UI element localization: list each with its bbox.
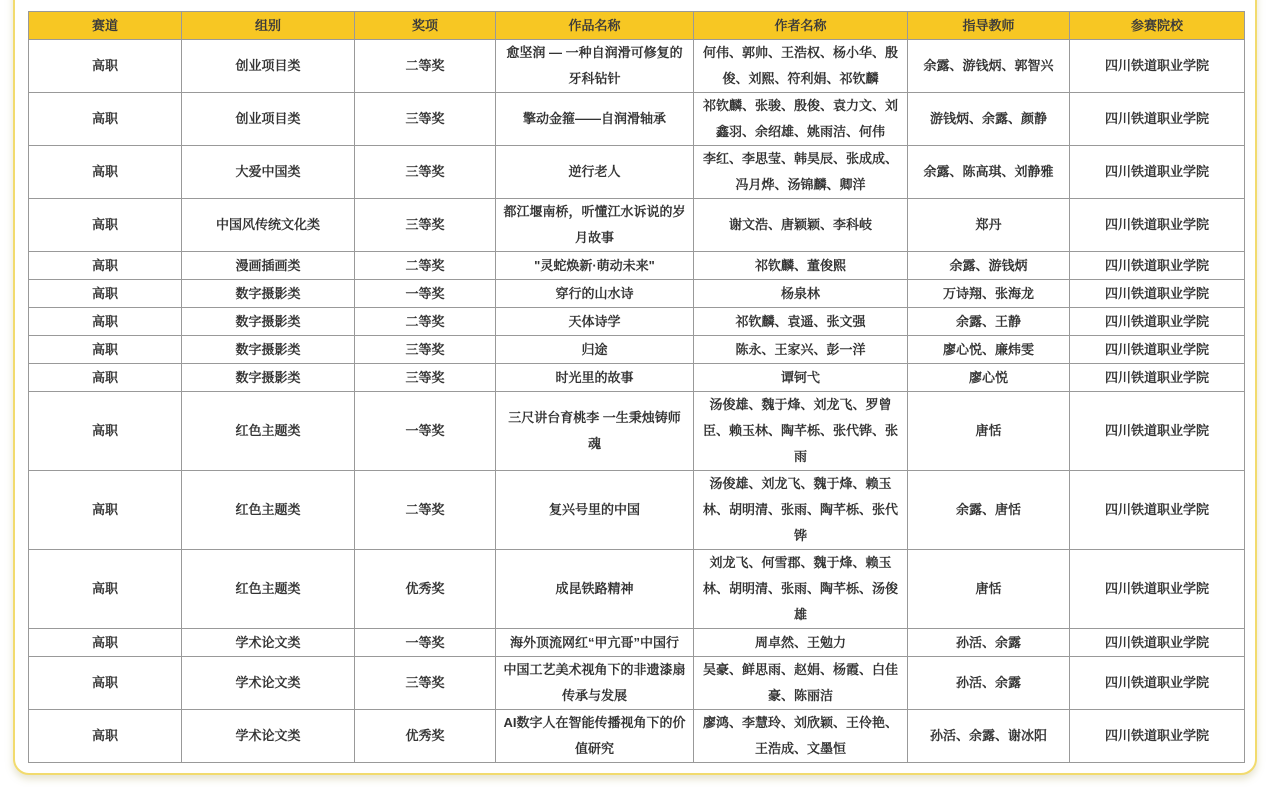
header-cell-school: 参赛院校 bbox=[1070, 12, 1245, 40]
cell-award: 三等奖 bbox=[355, 93, 496, 146]
cell-track: 高职 bbox=[29, 550, 182, 629]
cell-work: 愈坚润 — 一种自润滑可修复的牙科钻针 bbox=[496, 40, 694, 93]
cell-teachers: 余露、唐恬 bbox=[908, 471, 1070, 550]
table-row: 高职数字摄影类一等奖穿行的山水诗杨泉林万诗翔、张海龙四川铁道职业学院 bbox=[29, 280, 1245, 308]
cell-teachers: 万诗翔、张海龙 bbox=[908, 280, 1070, 308]
cell-work: 时光里的故事 bbox=[496, 364, 694, 392]
cell-group: 大爱中国类 bbox=[182, 146, 355, 199]
cell-school: 四川铁道职业学院 bbox=[1070, 280, 1245, 308]
cell-teachers: 孙活、余露 bbox=[908, 657, 1070, 710]
cell-track: 高职 bbox=[29, 252, 182, 280]
cell-school: 四川铁道职业学院 bbox=[1070, 550, 1245, 629]
cell-work: "灵蛇焕新·萌动未来" bbox=[496, 252, 694, 280]
table-row: 高职红色主题类一等奖三尺讲台育桃李 一生秉烛铸师魂汤俊雄、魏于烽、刘龙飞、罗曾臣… bbox=[29, 392, 1245, 471]
cell-authors: 祁钦麟、董俊熙 bbox=[694, 252, 908, 280]
cell-track: 高职 bbox=[29, 392, 182, 471]
cell-work: 中国工艺美术视角下的非遗漆扇传承与发展 bbox=[496, 657, 694, 710]
cell-award: 三等奖 bbox=[355, 364, 496, 392]
cell-award: 三等奖 bbox=[355, 336, 496, 364]
cell-authors: 李红、李思莹、韩昊辰、张成成、冯月烨、汤锦麟、卿洋 bbox=[694, 146, 908, 199]
cell-teachers: 孙活、余露 bbox=[908, 629, 1070, 657]
cell-school: 四川铁道职业学院 bbox=[1070, 392, 1245, 471]
cell-award: 一等奖 bbox=[355, 629, 496, 657]
cell-work: 天体诗学 bbox=[496, 308, 694, 336]
table-row: 高职漫画插画类二等奖"灵蛇焕新·萌动未来"祁钦麟、董俊熙余露、游钱炳四川铁道职业… bbox=[29, 252, 1245, 280]
cell-authors: 陈永、王家兴、彭一洋 bbox=[694, 336, 908, 364]
cell-work: 都江堰南桥，听懂江水诉说的岁月故事 bbox=[496, 199, 694, 252]
cell-authors: 汤俊雄、魏于烽、刘龙飞、罗曾臣、赖玉林、陶芊栎、张代铧、张雨 bbox=[694, 392, 908, 471]
cell-teachers: 廖心悦、廉炜雯 bbox=[908, 336, 1070, 364]
cell-work: 成昆铁路精神 bbox=[496, 550, 694, 629]
cell-track: 高职 bbox=[29, 40, 182, 93]
cell-work: 归途 bbox=[496, 336, 694, 364]
table-row: 高职红色主题类二等奖复兴号里的中国汤俊雄、刘龙飞、魏于烽、赖玉林、胡明清、张雨、… bbox=[29, 471, 1245, 550]
cell-track: 高职 bbox=[29, 308, 182, 336]
cell-award: 三等奖 bbox=[355, 146, 496, 199]
cell-authors: 祁钦麟、张骏、殷俊、袁力文、刘鑫羽、余绍雄、姚雨洁、何伟 bbox=[694, 93, 908, 146]
cell-group: 数字摄影类 bbox=[182, 336, 355, 364]
cell-authors: 杨泉林 bbox=[694, 280, 908, 308]
cell-teachers: 余露、王静 bbox=[908, 308, 1070, 336]
table-row: 高职数字摄影类二等奖天体诗学祁钦麟、袁遥、张文强余露、王静四川铁道职业学院 bbox=[29, 308, 1245, 336]
cell-track: 高职 bbox=[29, 629, 182, 657]
cell-group: 数字摄影类 bbox=[182, 364, 355, 392]
content-card: 赛道组别奖项作品名称作者名称指导教师参赛院校 高职创业项目类二等奖愈坚润 — 一… bbox=[13, 0, 1257, 775]
cell-award: 二等奖 bbox=[355, 471, 496, 550]
cell-teachers: 孙活、余露、谢冰阳 bbox=[908, 710, 1070, 763]
cell-work: 复兴号里的中国 bbox=[496, 471, 694, 550]
cell-teachers: 余露、游钱炳、郭智兴 bbox=[908, 40, 1070, 93]
cell-school: 四川铁道职业学院 bbox=[1070, 252, 1245, 280]
table-row: 高职学术论文类优秀奖AI数字人在智能传播视角下的价值研究廖鸿、李慧玲、刘欣颖、王… bbox=[29, 710, 1245, 763]
cell-award: 三等奖 bbox=[355, 657, 496, 710]
cell-group: 学术论文类 bbox=[182, 710, 355, 763]
cell-track: 高职 bbox=[29, 657, 182, 710]
cell-teachers: 郑丹 bbox=[908, 199, 1070, 252]
cell-track: 高职 bbox=[29, 336, 182, 364]
cell-school: 四川铁道职业学院 bbox=[1070, 308, 1245, 336]
cell-school: 四川铁道职业学院 bbox=[1070, 199, 1245, 252]
cell-group: 数字摄影类 bbox=[182, 280, 355, 308]
cell-award: 优秀奖 bbox=[355, 550, 496, 629]
table-row: 高职学术论文类三等奖中国工艺美术视角下的非遗漆扇传承与发展吴豪、鲜思雨、赵娟、杨… bbox=[29, 657, 1245, 710]
cell-work: 穿行的山水诗 bbox=[496, 280, 694, 308]
cell-track: 高职 bbox=[29, 471, 182, 550]
cell-teachers: 游钱炳、余露、颜静 bbox=[908, 93, 1070, 146]
cell-award: 二等奖 bbox=[355, 252, 496, 280]
cell-group: 学术论文类 bbox=[182, 657, 355, 710]
table-row: 高职数字摄影类三等奖归途陈永、王家兴、彭一洋廖心悦、廉炜雯四川铁道职业学院 bbox=[29, 336, 1245, 364]
header-cell-work: 作品名称 bbox=[496, 12, 694, 40]
cell-school: 四川铁道职业学院 bbox=[1070, 93, 1245, 146]
cell-track: 高职 bbox=[29, 710, 182, 763]
cell-work: AI数字人在智能传播视角下的价值研究 bbox=[496, 710, 694, 763]
cell-school: 四川铁道职业学院 bbox=[1070, 336, 1245, 364]
cell-group: 红色主题类 bbox=[182, 392, 355, 471]
header-cell-authors: 作者名称 bbox=[694, 12, 908, 40]
cell-teachers: 唐恬 bbox=[908, 550, 1070, 629]
cell-track: 高职 bbox=[29, 280, 182, 308]
cell-award: 一等奖 bbox=[355, 392, 496, 471]
cell-school: 四川铁道职业学院 bbox=[1070, 629, 1245, 657]
cell-group: 学术论文类 bbox=[182, 629, 355, 657]
cell-authors: 祁钦麟、袁遥、张文强 bbox=[694, 308, 908, 336]
cell-authors: 刘龙飞、何雪郡、魏于烽、赖玉林、胡明清、张雨、陶芊栎、汤俊雄 bbox=[694, 550, 908, 629]
cell-school: 四川铁道职业学院 bbox=[1070, 710, 1245, 763]
table-row: 高职中国风传统文化类三等奖都江堰南桥，听懂江水诉说的岁月故事谢文浩、唐颖颖、李科… bbox=[29, 199, 1245, 252]
table-header-row: 赛道组别奖项作品名称作者名称指导教师参赛院校 bbox=[29, 12, 1245, 40]
cell-authors: 谭钶弋 bbox=[694, 364, 908, 392]
cell-award: 二等奖 bbox=[355, 40, 496, 93]
cell-award: 三等奖 bbox=[355, 199, 496, 252]
cell-track: 高职 bbox=[29, 199, 182, 252]
header-cell-track: 赛道 bbox=[29, 12, 182, 40]
cell-school: 四川铁道职业学院 bbox=[1070, 471, 1245, 550]
cell-authors: 谢文浩、唐颖颖、李科岐 bbox=[694, 199, 908, 252]
cell-authors: 周卓然、王勉力 bbox=[694, 629, 908, 657]
cell-work: 逆行老人 bbox=[496, 146, 694, 199]
cell-group: 数字摄影类 bbox=[182, 308, 355, 336]
cell-school: 四川铁道职业学院 bbox=[1070, 40, 1245, 93]
cell-group: 红色主题类 bbox=[182, 550, 355, 629]
cell-group: 红色主题类 bbox=[182, 471, 355, 550]
cell-authors: 吴豪、鲜思雨、赵娟、杨霞、白佳豪、陈丽洁 bbox=[694, 657, 908, 710]
cell-teachers: 余露、陈高琪、刘静雅 bbox=[908, 146, 1070, 199]
table-row: 高职大爱中国类三等奖逆行老人李红、李思莹、韩昊辰、张成成、冯月烨、汤锦麟、卿洋余… bbox=[29, 146, 1245, 199]
award-table: 赛道组别奖项作品名称作者名称指导教师参赛院校 高职创业项目类二等奖愈坚润 — 一… bbox=[28, 11, 1245, 763]
cell-authors: 汤俊雄、刘龙飞、魏于烽、赖玉林、胡明清、张雨、陶芊栎、张代铧 bbox=[694, 471, 908, 550]
table-row: 高职数字摄影类三等奖时光里的故事谭钶弋廖心悦四川铁道职业学院 bbox=[29, 364, 1245, 392]
cell-group: 漫画插画类 bbox=[182, 252, 355, 280]
header-cell-award: 奖项 bbox=[355, 12, 496, 40]
cell-track: 高职 bbox=[29, 93, 182, 146]
header-cell-teachers: 指导教师 bbox=[908, 12, 1070, 40]
table-row: 高职红色主题类优秀奖成昆铁路精神刘龙飞、何雪郡、魏于烽、赖玉林、胡明清、张雨、陶… bbox=[29, 550, 1245, 629]
cell-work: 海外顶流网红“甲亢哥”中国行 bbox=[496, 629, 694, 657]
cell-track: 高职 bbox=[29, 364, 182, 392]
cell-teachers: 余露、游钱炳 bbox=[908, 252, 1070, 280]
cell-track: 高职 bbox=[29, 146, 182, 199]
cell-award: 优秀奖 bbox=[355, 710, 496, 763]
cell-group: 创业项目类 bbox=[182, 93, 355, 146]
cell-work: 三尺讲台育桃李 一生秉烛铸师魂 bbox=[496, 392, 694, 471]
cell-school: 四川铁道职业学院 bbox=[1070, 364, 1245, 392]
table-row: 高职学术论文类一等奖海外顶流网红“甲亢哥”中国行周卓然、王勉力孙活、余露四川铁道… bbox=[29, 629, 1245, 657]
cell-teachers: 唐恬 bbox=[908, 392, 1070, 471]
cell-work: 擎动金箍——自润滑轴承 bbox=[496, 93, 694, 146]
cell-group: 创业项目类 bbox=[182, 40, 355, 93]
cell-group: 中国风传统文化类 bbox=[182, 199, 355, 252]
cell-award: 一等奖 bbox=[355, 280, 496, 308]
cell-teachers: 廖心悦 bbox=[908, 364, 1070, 392]
table-row: 高职创业项目类二等奖愈坚润 — 一种自润滑可修复的牙科钻针何伟、郭帅、王浩权、杨… bbox=[29, 40, 1245, 93]
cell-authors: 何伟、郭帅、王浩权、杨小华、殷俊、刘熙、符利娟、祁钦麟 bbox=[694, 40, 908, 93]
cell-school: 四川铁道职业学院 bbox=[1070, 657, 1245, 710]
table-row: 高职创业项目类三等奖擎动金箍——自润滑轴承祁钦麟、张骏、殷俊、袁力文、刘鑫羽、余… bbox=[29, 93, 1245, 146]
cell-authors: 廖鸿、李慧玲、刘欣颖、王伶艳、王浩成、文墨恒 bbox=[694, 710, 908, 763]
header-cell-group: 组别 bbox=[182, 12, 355, 40]
cell-school: 四川铁道职业学院 bbox=[1070, 146, 1245, 199]
cell-award: 二等奖 bbox=[355, 308, 496, 336]
